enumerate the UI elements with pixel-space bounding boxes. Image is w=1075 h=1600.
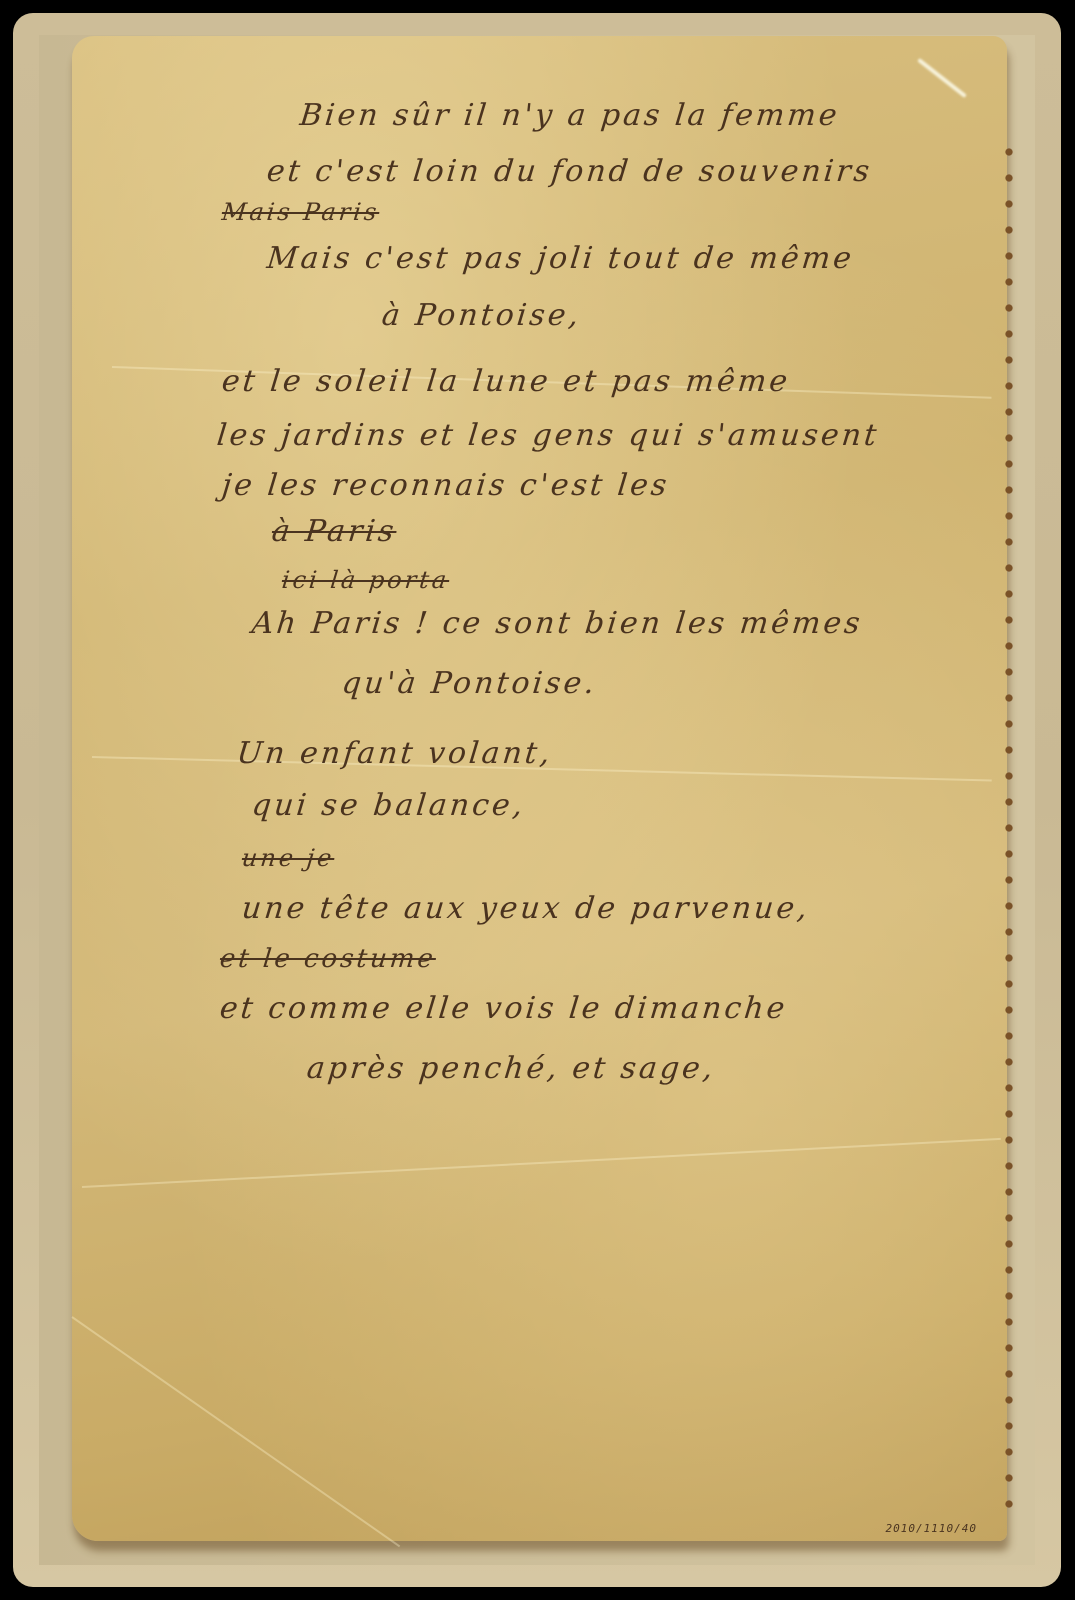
- line-3-struck: Mais Paris: [221, 198, 381, 226]
- line-13: Un enfant volant,: [235, 736, 554, 771]
- catalog-number: 2010/1110/40: [886, 1522, 977, 1535]
- line-16: une tête aux yeux de parvenue,: [240, 891, 811, 926]
- line-11: Ah Paris ! ce sont bien les mêmes: [250, 606, 864, 641]
- line-1: Bien sûr il n'y a pas la femme: [298, 98, 841, 133]
- line-6: et le soleil la lune et pas même: [220, 364, 792, 399]
- handwritten-text: Bien sûr il n'y a pas la femme et c'est …: [72, 36, 1007, 1541]
- line-19: après penché, et sage,: [305, 1051, 717, 1086]
- line-14: qui se balance,: [250, 788, 527, 823]
- line-10-struck: ici là porta: [281, 566, 451, 594]
- line-5: à Pontoise,: [380, 298, 583, 333]
- line-15-struck: une je: [241, 844, 336, 872]
- line-9-struck: à Paris: [270, 514, 398, 549]
- line-18: et comme elle vois le dimanche: [218, 991, 789, 1026]
- line-2: et c'est loin du fond de souvenirs: [265, 154, 874, 189]
- line-12: qu'à Pontoise.: [340, 666, 599, 701]
- manuscript-page: Bien sûr il n'y a pas la femme et c'est …: [72, 36, 1007, 1541]
- line-8: je les reconnais c'est les: [220, 468, 671, 503]
- line-7: les jardins et les gens qui s'amusent: [215, 418, 881, 453]
- line-17-struck: et le costume: [218, 944, 437, 974]
- line-4: Mais c'est pas joli tout de même: [265, 241, 856, 276]
